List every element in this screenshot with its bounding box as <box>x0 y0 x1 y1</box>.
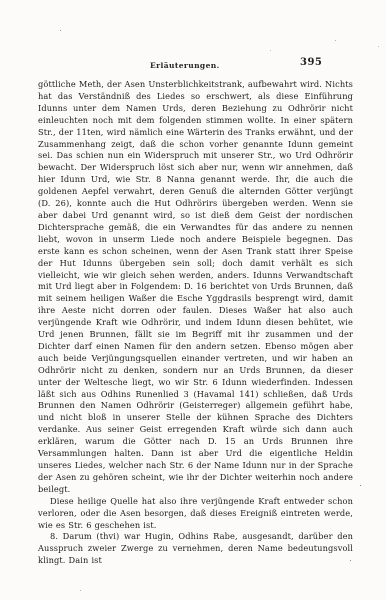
paragraph-holy-spring: Diese heilige Quelle hat also ihre verjü… <box>38 496 353 532</box>
body-text-block: göttliche Meth, der Asen Unsterblichkeit… <box>38 79 353 567</box>
paragraph-continuation: göttliche Meth, der Asen Unsterblichkeit… <box>38 79 353 496</box>
running-title: Erläuterungen. <box>150 61 220 70</box>
page-header: Erläuterungen. 395 <box>0 0 386 76</box>
paragraph-note-8-hugin: 8. Darum (thvi) war Hugin, Odhins Rabe, … <box>38 531 353 567</box>
book-page-scan: Erläuterungen. 395 göttliche Meth, der A… <box>0 0 386 600</box>
page-number: 395 <box>300 57 322 68</box>
